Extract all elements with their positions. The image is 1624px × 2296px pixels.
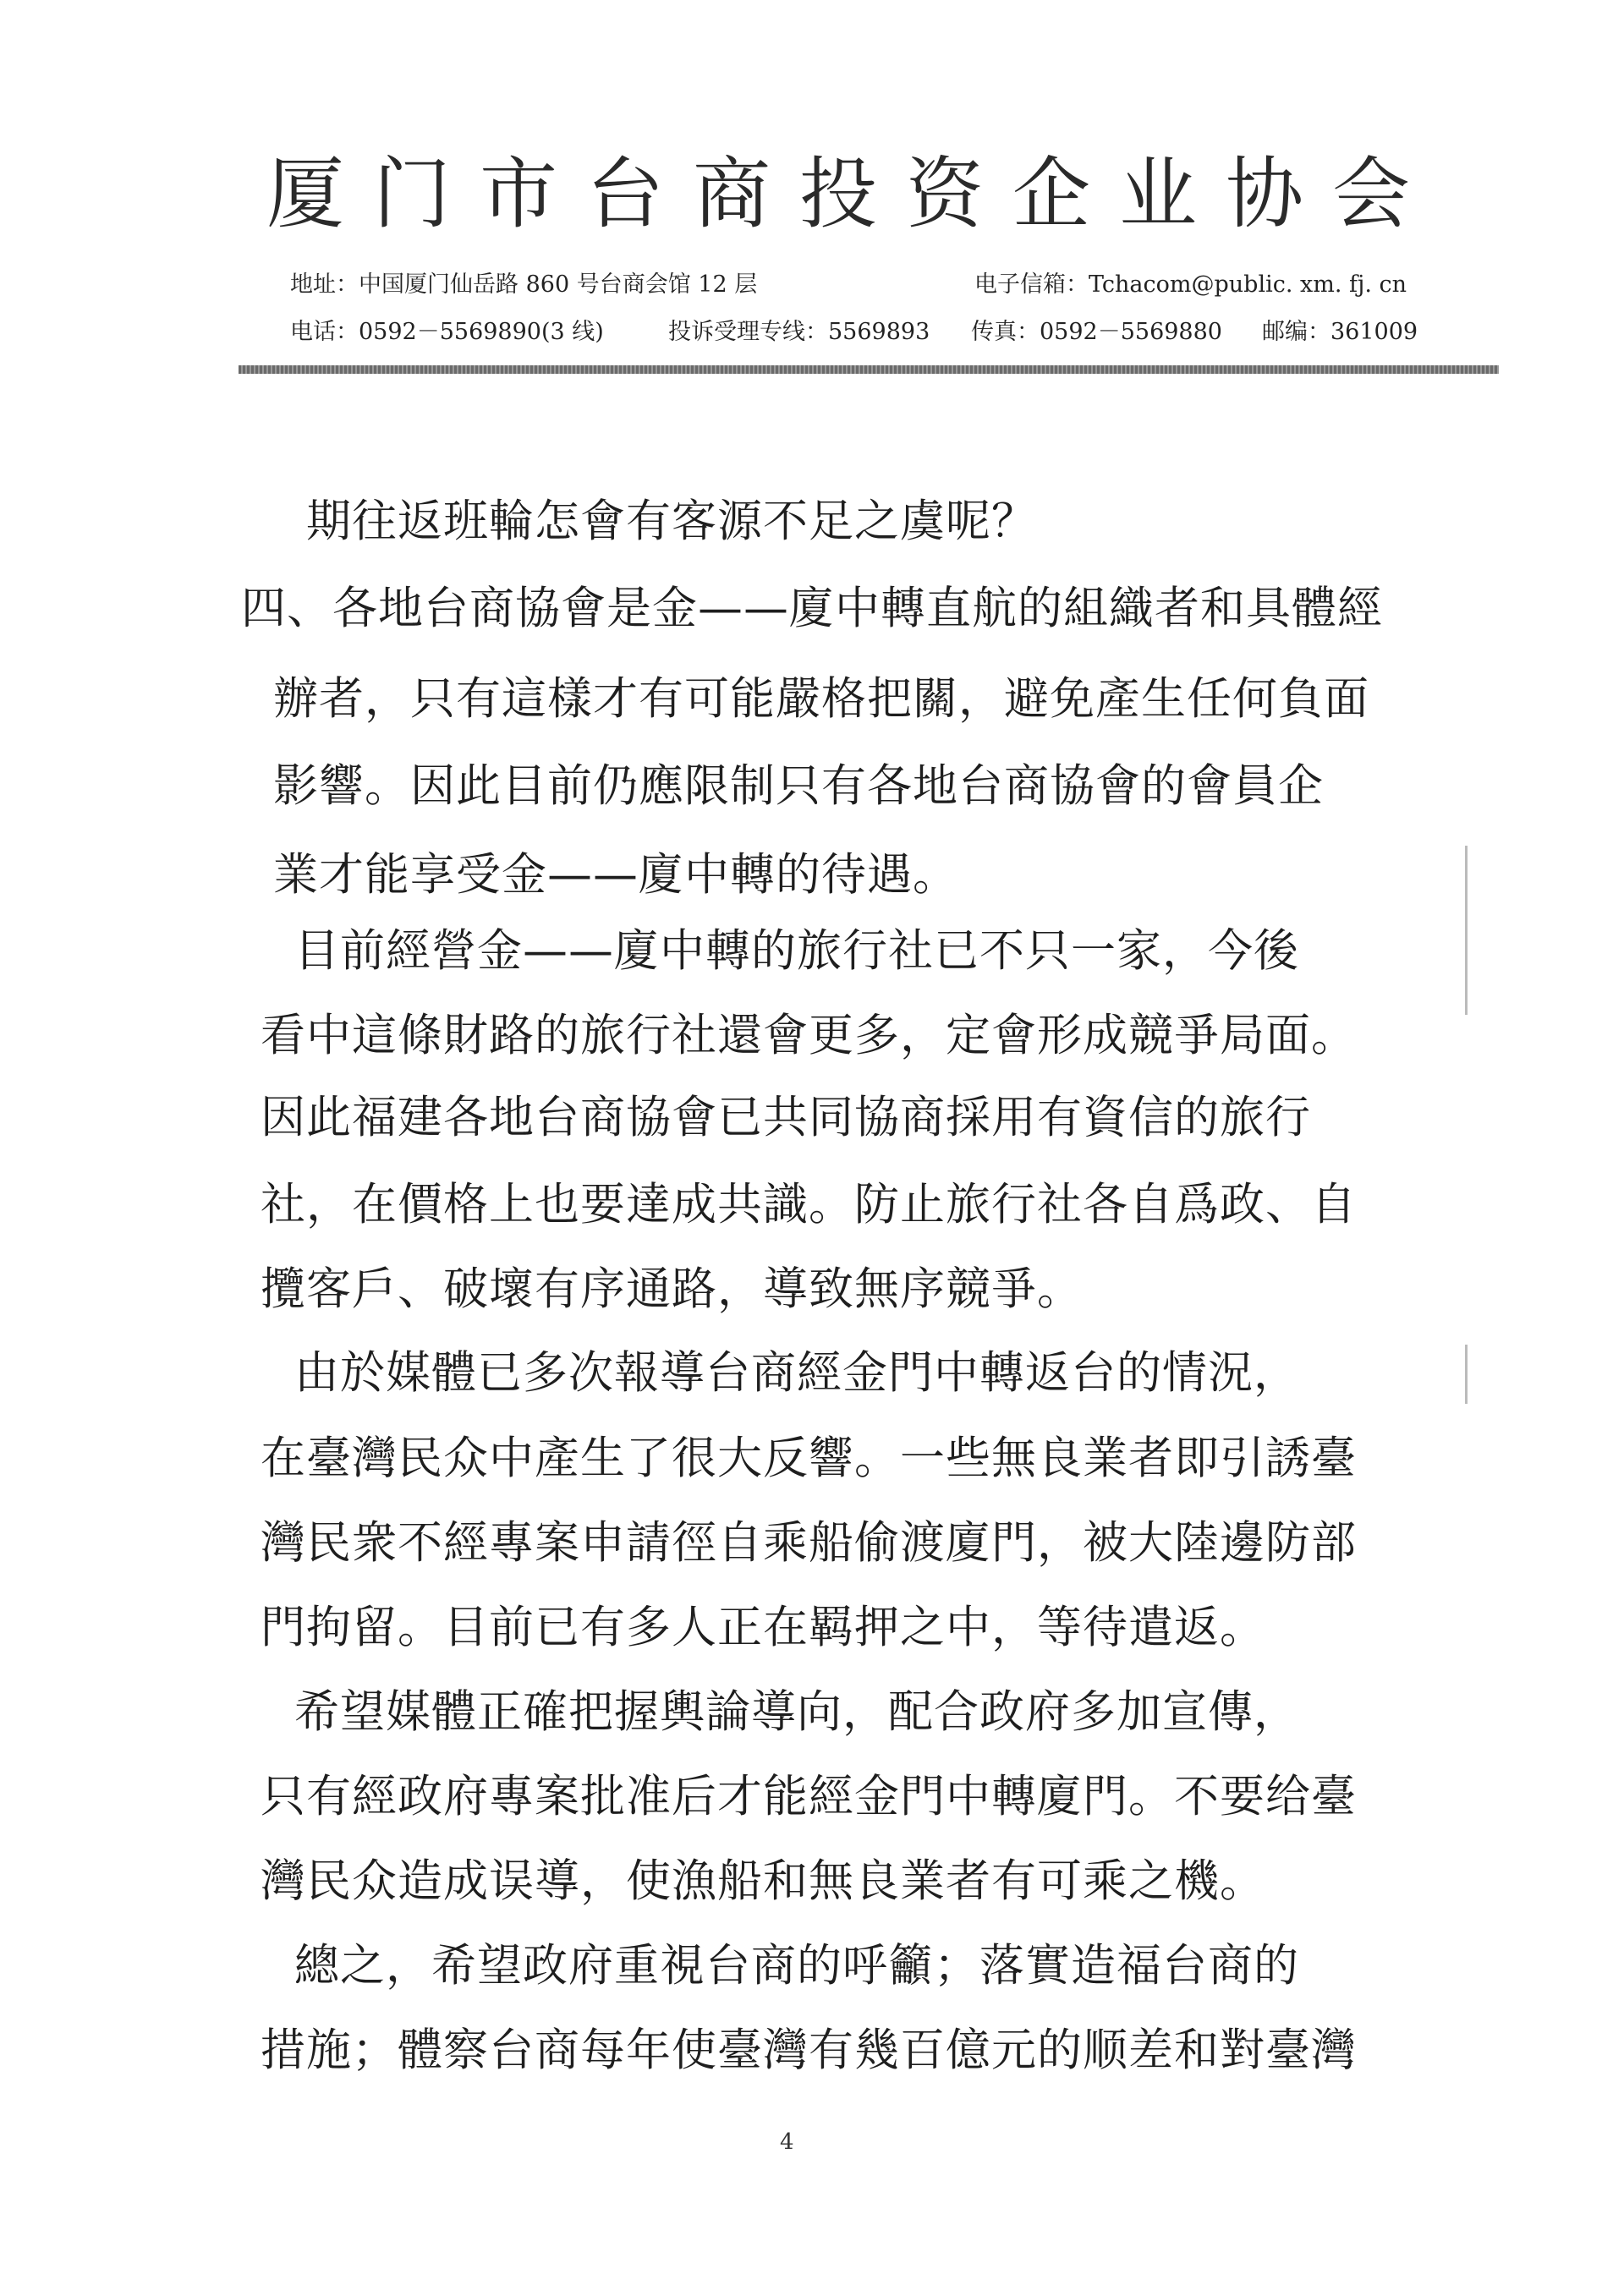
phone: 电话：0592－5569890(3 线) [290,318,604,347]
body-line: 社，在價格上也要達成共識。防止旅行社各自爲政、自 [261,1178,1357,1232]
organization-title: 厦门市台商投资企业协会 [266,148,1451,241]
body-line: 在臺灣民众中產生了很大反響。一些無良業者即引誘臺 [261,1432,1357,1486]
paragraph-start-line: 目前經營金——廈中轉的旅行社已不只一家，今後 [294,924,1299,978]
body-line: 因此福建各地台商協會已共同協商採用有資信的旅行 [261,1091,1311,1145]
body-line: 門拘留。目前已有多人正在羁押之中，等待遣返。 [261,1601,1265,1655]
body-line: 看中這條財路的旅行社還會更多，定會形成競爭局面。 [261,1009,1357,1063]
complaint-line: 投诉受理专线：5569893 [668,318,930,347]
paragraph-start-line: 由於媒體已多次報導台商經金門中轉返台的情況， [294,1346,1299,1400]
header-divider [239,365,1499,374]
page-number: 4 [780,2129,794,2155]
paragraph-start-line: 總之，希望政府重視台商的呼籲；落實造福台商的 [294,1939,1299,1993]
scan-artifact [1465,846,1468,1015]
body-line: 只有經政府專案批准后才能經金門中轉廈門。不要给臺 [261,1770,1357,1824]
email: 电子信箱：Tchacom@public. xm. fj. cn [974,271,1407,299]
body-line: 措施；體察台商每年使臺灣有幾百億元的顺差和對臺灣 [261,2024,1357,2078]
paragraph-start-line: 希望媒體正確把握輿論導向，配合政府多加宣傳， [294,1685,1299,1740]
section-heading-line: 四、各地台商協會是金——廈中轉直航的組織者和具體經 [241,582,1383,636]
scan-artifact [1465,1345,1468,1404]
body-line: 灣民衆不經專案申請徑自乘船偷渡廈門，被大陸邊防部 [261,1516,1357,1570]
body-line: 業才能享受金——廈中轉的待遇。 [273,848,958,902]
body-line: 影響。因此目前仍應限制只有各地台商協會的會員企 [273,759,1324,814]
body-line: 期往返班輪怎會有客源不足之虞呢？ [306,495,1037,549]
body-line: 灣民众造成误導，使漁船和無良業者有可乘之機。 [261,1855,1265,1909]
fax: 传真：0592－5569880 [971,318,1222,347]
postcode: 邮编：361009 [1262,318,1418,347]
body-line: 攬客戶、破壞有序通路，導致無序競爭。 [261,1263,1083,1317]
address: 地址：中国厦门仙岳路 860 号台商会馆 12 层 [290,271,757,299]
body-line: 辦者，只有這樣才有可能嚴格把關，避免產生任何負面 [273,672,1369,726]
